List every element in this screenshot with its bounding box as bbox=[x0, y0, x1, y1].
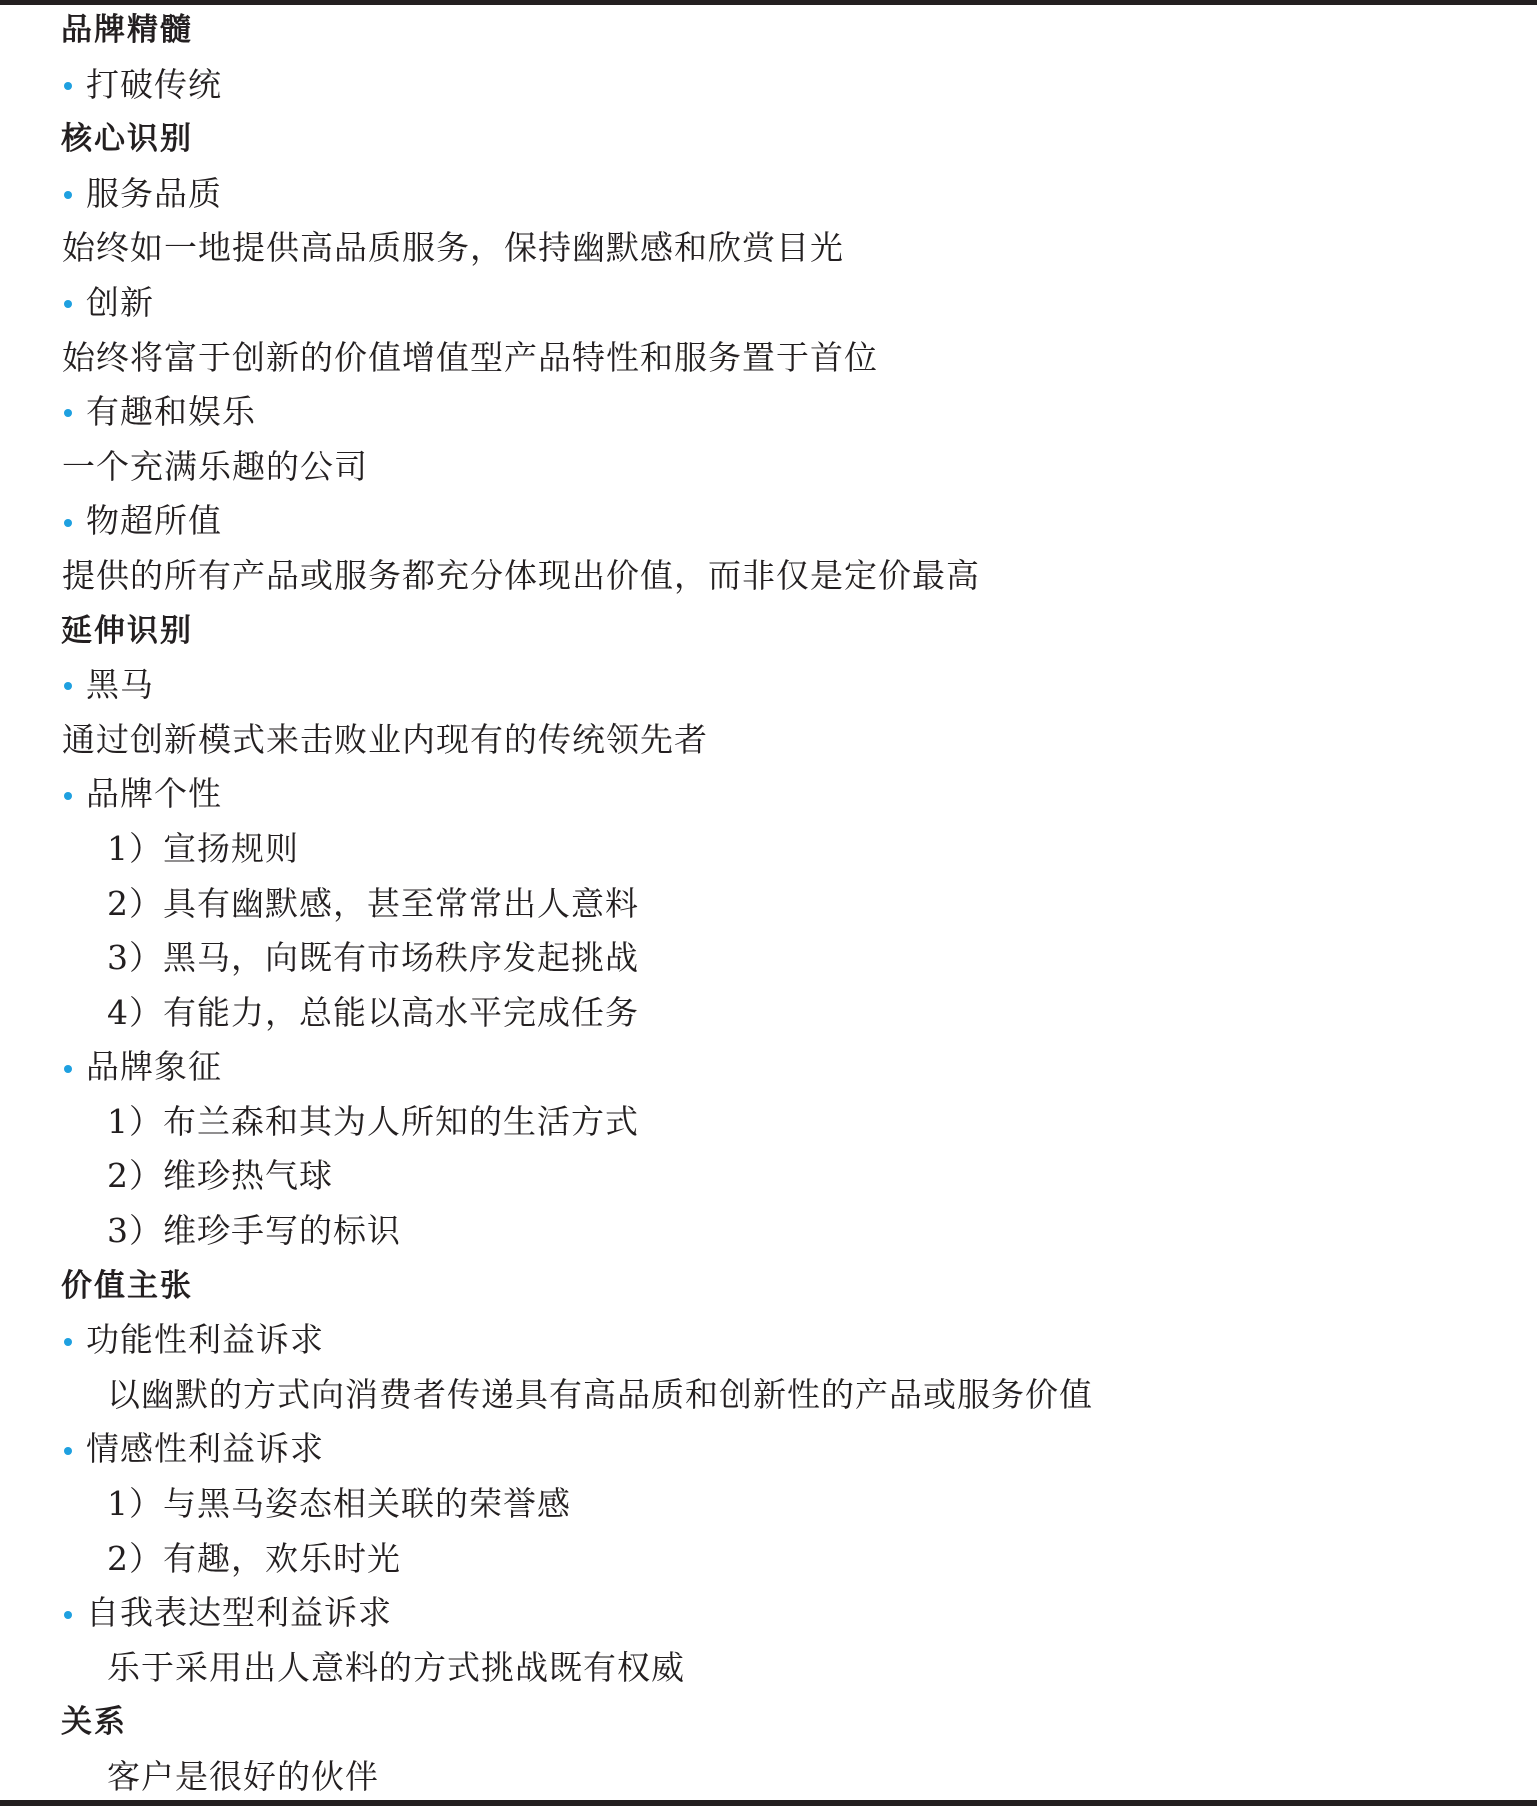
bullet-label: 情感性利益诉求 bbox=[86, 1429, 324, 1468]
bullet-label: 打破传统 bbox=[86, 65, 222, 104]
numbered-item: 2）具有幽默感，甚至常常出人意料 bbox=[0, 877, 1537, 932]
bullet-item: 情感性利益诉求 bbox=[0, 1422, 1537, 1477]
description-text: 客户是很好的伙伴 bbox=[0, 1750, 1537, 1805]
bullet-icon bbox=[64, 1065, 72, 1073]
bullet-icon bbox=[64, 1338, 72, 1346]
bullet-icon bbox=[64, 1611, 72, 1619]
numbered-item: 2）维珍热气球 bbox=[0, 1149, 1537, 1204]
bullet-icon bbox=[64, 1447, 72, 1455]
numbered-item: 3）维珍手写的标识 bbox=[0, 1204, 1537, 1259]
description-text: 始终将富于创新的价值增值型产品特性和服务置于首位 bbox=[0, 331, 1537, 386]
bullet-icon bbox=[64, 409, 72, 417]
description-text: 一个充满乐趣的公司 bbox=[0, 440, 1537, 495]
bullet-label: 品牌个性 bbox=[86, 774, 222, 813]
heading-extended-identity: 延伸识别 bbox=[0, 604, 1537, 659]
bullet-item: 打破传统 bbox=[0, 58, 1537, 113]
bullet-icon bbox=[64, 191, 72, 199]
bullet-icon bbox=[64, 82, 72, 90]
description-text: 乐于采用出人意料的方式挑战既有权威 bbox=[0, 1641, 1537, 1696]
heading-relationship: 关系 bbox=[0, 1695, 1537, 1750]
bullet-label: 服务品质 bbox=[86, 174, 222, 213]
brand-identity-table: 品牌精髓 打破传统 核心识别 服务品质 始终如一地提供高品质服务，保持幽默感和欣… bbox=[0, 3, 1537, 1805]
bullet-item: 黑马 bbox=[0, 658, 1537, 713]
bullet-item: 品牌象征 bbox=[0, 1040, 1537, 1095]
bullet-label: 自我表达型利益诉求 bbox=[86, 1593, 392, 1632]
bullet-label: 功能性利益诉求 bbox=[86, 1320, 324, 1359]
bullet-item: 自我表达型利益诉求 bbox=[0, 1586, 1537, 1641]
numbered-item: 2）有趣，欢乐时光 bbox=[0, 1532, 1537, 1587]
description-text: 以幽默的方式向消费者传递具有高品质和创新性的产品或服务价值 bbox=[0, 1368, 1537, 1423]
bullet-label: 有趣和娱乐 bbox=[86, 392, 256, 431]
heading-brand-essence: 品牌精髓 bbox=[0, 3, 1537, 58]
description-text: 提供的所有产品或服务都充分体现出价值，而非仅是定价最高 bbox=[0, 549, 1537, 604]
bullet-item: 服务品质 bbox=[0, 167, 1537, 222]
bullet-icon bbox=[64, 300, 72, 308]
description-text: 始终如一地提供高品质服务，保持幽默感和欣赏目光 bbox=[0, 221, 1537, 276]
numbered-item: 1）宣扬规则 bbox=[0, 822, 1537, 877]
bullet-item: 创新 bbox=[0, 276, 1537, 331]
numbered-item: 3）黑马，向既有市场秩序发起挑战 bbox=[0, 931, 1537, 986]
heading-core-identity: 核心识别 bbox=[0, 112, 1537, 167]
bottom-rule bbox=[0, 1800, 1537, 1806]
bullet-label: 品牌象征 bbox=[86, 1047, 222, 1086]
numbered-item: 4）有能力，总能以高水平完成任务 bbox=[0, 986, 1537, 1041]
bullet-item: 物超所值 bbox=[0, 494, 1537, 549]
description-text: 通过创新模式来击败业内现有的传统领先者 bbox=[0, 713, 1537, 768]
bullet-label: 物超所值 bbox=[86, 501, 222, 540]
bullet-icon bbox=[64, 792, 72, 800]
numbered-item: 1）布兰森和其为人所知的生活方式 bbox=[0, 1095, 1537, 1150]
numbered-item: 1）与黑马姿态相关联的荣誉感 bbox=[0, 1477, 1537, 1532]
bullet-icon bbox=[64, 519, 72, 527]
bullet-label: 黑马 bbox=[86, 665, 154, 704]
bullet-item: 有趣和娱乐 bbox=[0, 385, 1537, 440]
heading-value-proposition: 价值主张 bbox=[0, 1259, 1537, 1314]
bullet-icon bbox=[64, 682, 72, 690]
bullet-item: 功能性利益诉求 bbox=[0, 1313, 1537, 1368]
bullet-label: 创新 bbox=[86, 283, 154, 322]
bullet-item: 品牌个性 bbox=[0, 767, 1537, 822]
